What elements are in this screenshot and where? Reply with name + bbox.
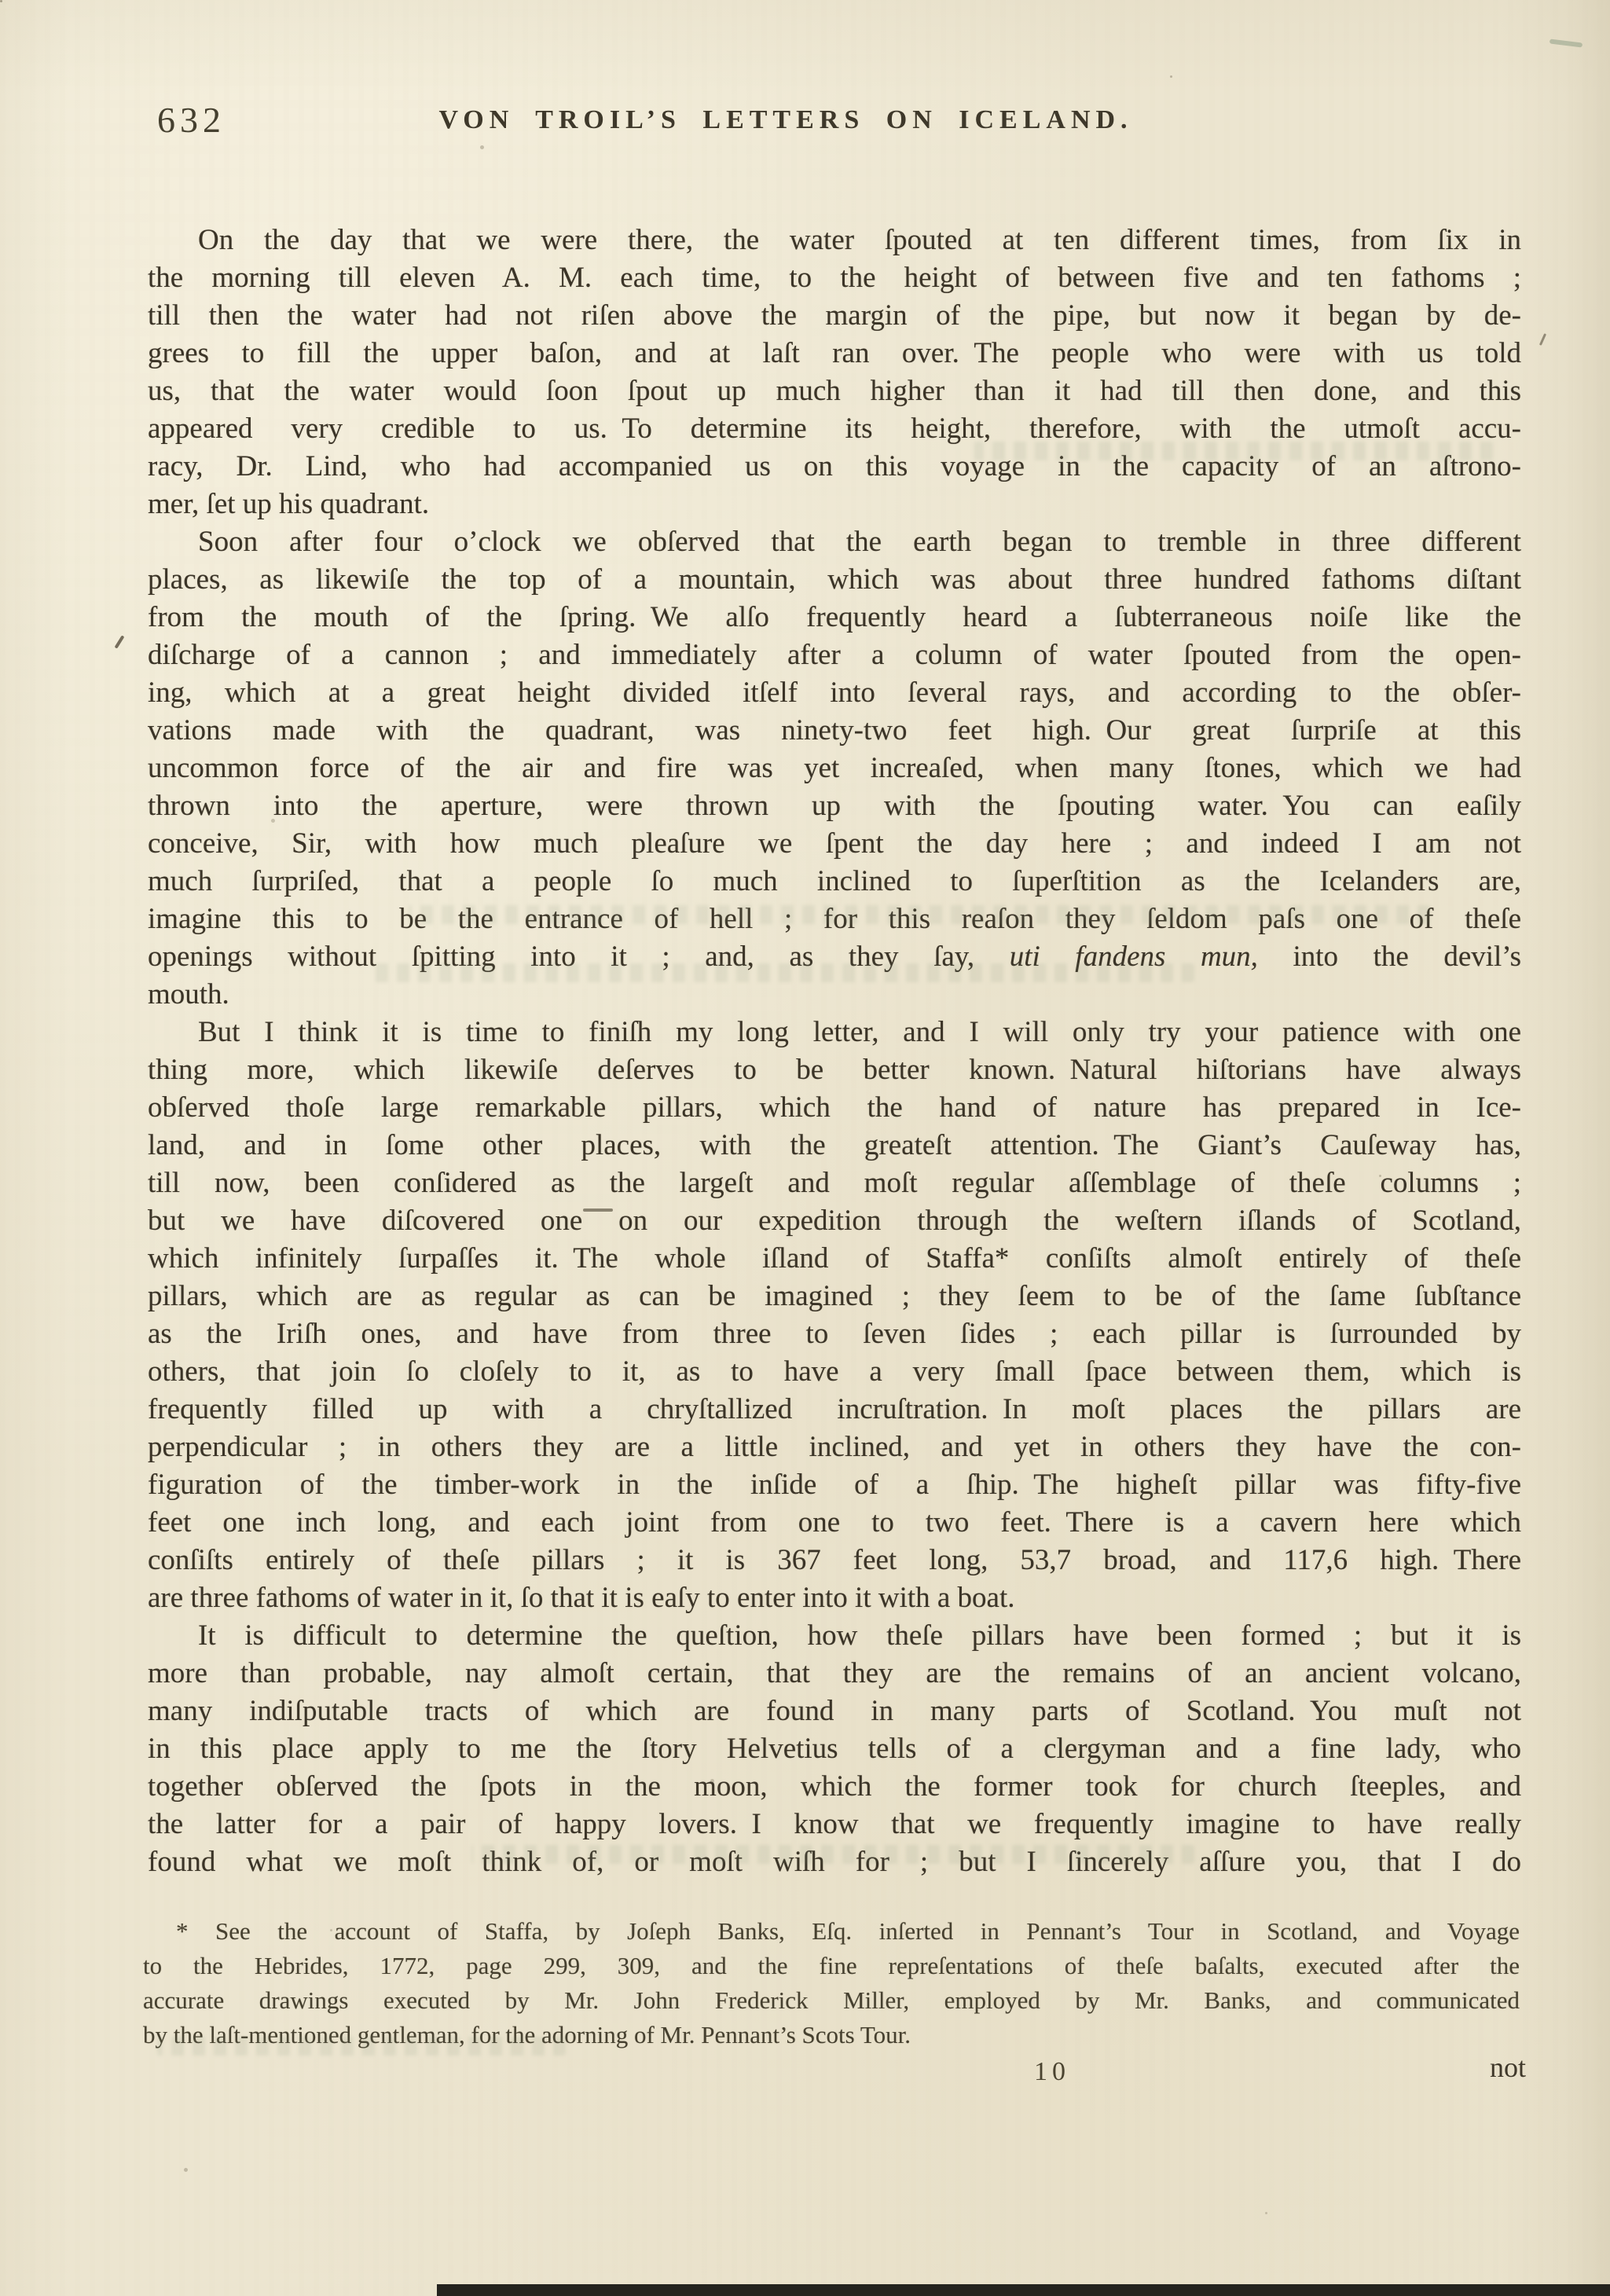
line-segment: till now, been conſidered as the largeſt… [148, 1167, 1521, 1199]
line-segment: feet one inch long, and each joint from … [148, 1506, 1521, 1539]
line-segment: obſerved thoſe large remarkable pillars,… [148, 1091, 1521, 1124]
text-line: obſerved thoſe large remarkable pillars,… [148, 1089, 1521, 1127]
line-segment: openings without ſpitting into it ; and,… [148, 941, 1010, 973]
line-segment: ing, which at a great height divided itſ… [148, 677, 1521, 709]
catchword: not [1490, 2051, 1526, 2084]
text-line: figuration of the timber-work in the inſ… [148, 1466, 1521, 1504]
line-segment: pillars, which are as regular as can be … [148, 1280, 1521, 1312]
text-line: feet one inch long, and each joint from … [148, 1504, 1521, 1542]
text-line: to the Hebrides, 1772, page 299, 309, an… [143, 1949, 1520, 1983]
line-segment: us, that the water would ſoon ſpout up m… [148, 375, 1521, 407]
text-line: It is difficult to determine the queſtio… [148, 1617, 1521, 1655]
text-line: till then the water had not riſen above … [148, 297, 1521, 335]
text-line: thrown into the aperture, were thrown up… [148, 787, 1521, 825]
line-segment: appeared very credible to us. To determi… [148, 413, 1521, 445]
line-segment: which infinitely ſurpaſſes it. The whole… [148, 1242, 1521, 1275]
line-segment: as the Iriſh ones, and have from three t… [148, 1318, 1521, 1350]
line-segment: racy, Dr. Lind, who had accompanied us o… [148, 450, 1521, 482]
line-segment: found what we moſt think of, or moſt wiſ… [148, 1846, 1521, 1878]
line-segment: together obſerved the ſpots in the moon,… [148, 1770, 1521, 1803]
text-line: mer, ſet up his quadrant. [148, 486, 1521, 523]
text-line: found what we moſt think of, or moſt wiſ… [148, 1843, 1521, 1881]
line-segment: from the mouth of the ſpring. We alſo fr… [148, 601, 1521, 633]
text-line: vations made with the quadrant, was nine… [148, 712, 1521, 750]
line-segment: On the day that we were there, the water… [198, 224, 1521, 256]
text-line: land, and in ſome other places, with the… [148, 1127, 1521, 1165]
footnote: * See the account of Staffa, by Joſeph B… [143, 1914, 1520, 2052]
text-line: ing, which at a great height divided itſ… [148, 674, 1521, 712]
text-line: the morning till eleven A. M. each time,… [148, 259, 1521, 297]
line-segment: perpendicular ; in others they are a lit… [148, 1431, 1521, 1463]
text-line: mouth. [148, 976, 1521, 1014]
line-segment: conceive, Sir, with how much pleaſure we… [148, 827, 1521, 860]
text-line: from the mouth of the ſpring. We alſo fr… [148, 599, 1521, 636]
text-line: On the day that we were there, the water… [148, 222, 1521, 259]
line-segment: But I think it is time to finiſh my long… [198, 1016, 1521, 1048]
line-segment: others, that join ſo cloſely to it, as t… [148, 1355, 1521, 1388]
text-line: openings without ſpitting into it ; and,… [148, 938, 1521, 976]
text-line: are three fathoms of water in it, ſo tha… [148, 1579, 1521, 1617]
line-segment: more than probable, nay almoſt certain, … [148, 1657, 1521, 1689]
text-line: imagine this to be the entrance of hell … [148, 900, 1521, 938]
text-line: which infinitely ſurpaſſes it. The whole… [148, 1240, 1521, 1278]
text-line: grees to fill the upper baſon, and at la… [148, 335, 1521, 372]
line-segment: many indiſputable tracts of which are fo… [148, 1695, 1521, 1727]
main-text: On the day that we were there, the water… [148, 222, 1521, 1881]
line-segment: in this place apply to me the ſtory Helv… [148, 1733, 1521, 1765]
line-segment: to the Hebrides, 1772, page 299, 309, an… [143, 1952, 1520, 1979]
line-segment: It is difficult to determine the queſtio… [198, 1619, 1521, 1652]
line-segment: figuration of the timber-work in the inſ… [148, 1469, 1521, 1501]
text-line: by the laſt-mentioned gentleman, for the… [143, 2018, 1520, 2052]
margin-mark [1539, 333, 1546, 346]
text-line: Soon after four o’clock we obſerved that… [148, 523, 1521, 561]
scan-artifact-mark [1549, 39, 1582, 47]
signature-mark: 10 [1034, 2057, 1070, 2087]
text-line: * See the account of Staffa, by Joſeph B… [143, 1914, 1520, 1949]
line-segment: the morning till eleven A. M. each time,… [148, 262, 1521, 294]
text-line: appeared very credible to us. To determi… [148, 410, 1521, 448]
line-segment: are three fathoms of water in it, ſo tha… [148, 1582, 1015, 1614]
line-segment: thrown into the aperture, were thrown up… [148, 790, 1521, 822]
text-line: others, that join ſo cloſely to it, as t… [148, 1353, 1521, 1391]
text-line: conceive, Sir, with how much pleaſure we… [148, 825, 1521, 863]
line-segment: but we have diſcovered one on our expedi… [148, 1205, 1521, 1237]
running-title: VON TROIL’S LETTERS ON ICELAND. [118, 105, 1454, 135]
book-page: 632 VON TROIL’S LETTERS ON ICELAND. On t… [0, 0, 1610, 2296]
line-segment: much ſurpriſed, that a people ſo much in… [148, 865, 1521, 897]
text-line: thing more, which likewiſe deſerves to b… [148, 1051, 1521, 1089]
line-segment: accurate drawings executed by Mr. John F… [143, 1986, 1520, 2014]
text-line: the latter for a pair of happy lovers. I… [148, 1806, 1521, 1843]
line-segment: conſiſts entirely of theſe pillars ; it … [148, 1544, 1521, 1576]
text-line: but we have diſcovered one on our expedi… [148, 1202, 1521, 1240]
text-line: in this place apply to me the ſtory Helv… [148, 1730, 1521, 1768]
text-line: But I think it is time to finiſh my long… [148, 1014, 1521, 1051]
line-segment: by the laſt-mentioned gentleman, for the… [143, 2021, 911, 2048]
scan-edge-strip [437, 2284, 1610, 2296]
text-line: accurate drawings executed by Mr. John F… [143, 1983, 1520, 2018]
text-line: conſiſts entirely of theſe pillars ; it … [148, 1542, 1521, 1579]
text-line: together obſerved the ſpots in the moon,… [148, 1768, 1521, 1806]
text-line: many indiſputable tracts of which are fo… [148, 1693, 1521, 1730]
text-line: us, that the water would ſoon ſpout up m… [148, 372, 1521, 410]
ink-smudge-mark [115, 635, 125, 648]
line-segment: places, as likewiſe the top of a mountai… [148, 563, 1521, 596]
line-segment: thing more, which likewiſe deſerves to b… [148, 1054, 1521, 1086]
text-line: uncommon force of the air and fire was y… [148, 750, 1521, 787]
line-segment: vations made with the quadrant, was nine… [148, 714, 1521, 746]
text-line: much ſurpriſed, that a people ſo much in… [148, 863, 1521, 900]
text-line: pillars, which are as regular as can be … [148, 1278, 1521, 1315]
text-line: places, as likewiſe the top of a mountai… [148, 561, 1521, 599]
line-segment: till then the water had not riſen above … [148, 299, 1521, 332]
dust-specks [0, 0, 2, 2]
text-line: racy, Dr. Lind, who had accompanied us o… [148, 448, 1521, 486]
line-segment: * See the account of Staffa, by Joſeph B… [176, 1917, 1520, 1945]
text-line: frequently filled up with a chryſtallize… [148, 1391, 1521, 1429]
line-segment: grees to fill the upper baſon, and at la… [148, 337, 1521, 369]
italic-phrase: uti fandens mun, [1010, 941, 1258, 973]
text-line: diſcharge of a cannon ; and immediately … [148, 636, 1521, 674]
line-segment: land, and in ſome other places, with the… [148, 1129, 1521, 1161]
line-segment: Soon after four o’clock we obſerved that… [198, 526, 1521, 558]
text-line: perpendicular ; in others they are a lit… [148, 1429, 1521, 1466]
text-line: more than probable, nay almoſt certain, … [148, 1655, 1521, 1693]
line-segment: imagine this to be the entrance of hell … [148, 903, 1521, 935]
line-segment: diſcharge of a cannon ; and immediately … [148, 639, 1521, 671]
line-segment: mer, ſet up his quadrant. [148, 488, 429, 520]
line-segment: frequently filled up with a chryſtallize… [148, 1393, 1521, 1425]
text-line: as the Iriſh ones, and have from three t… [148, 1315, 1521, 1353]
line-segment: the latter for a pair of happy lovers. I… [148, 1808, 1521, 1840]
line-segment: into the devil’s [1258, 941, 1521, 973]
text-line: till now, been conſidered as the largeſt… [148, 1165, 1521, 1202]
line-segment: mouth. [148, 978, 229, 1010]
line-segment: uncommon force of the air and fire was y… [148, 752, 1521, 784]
